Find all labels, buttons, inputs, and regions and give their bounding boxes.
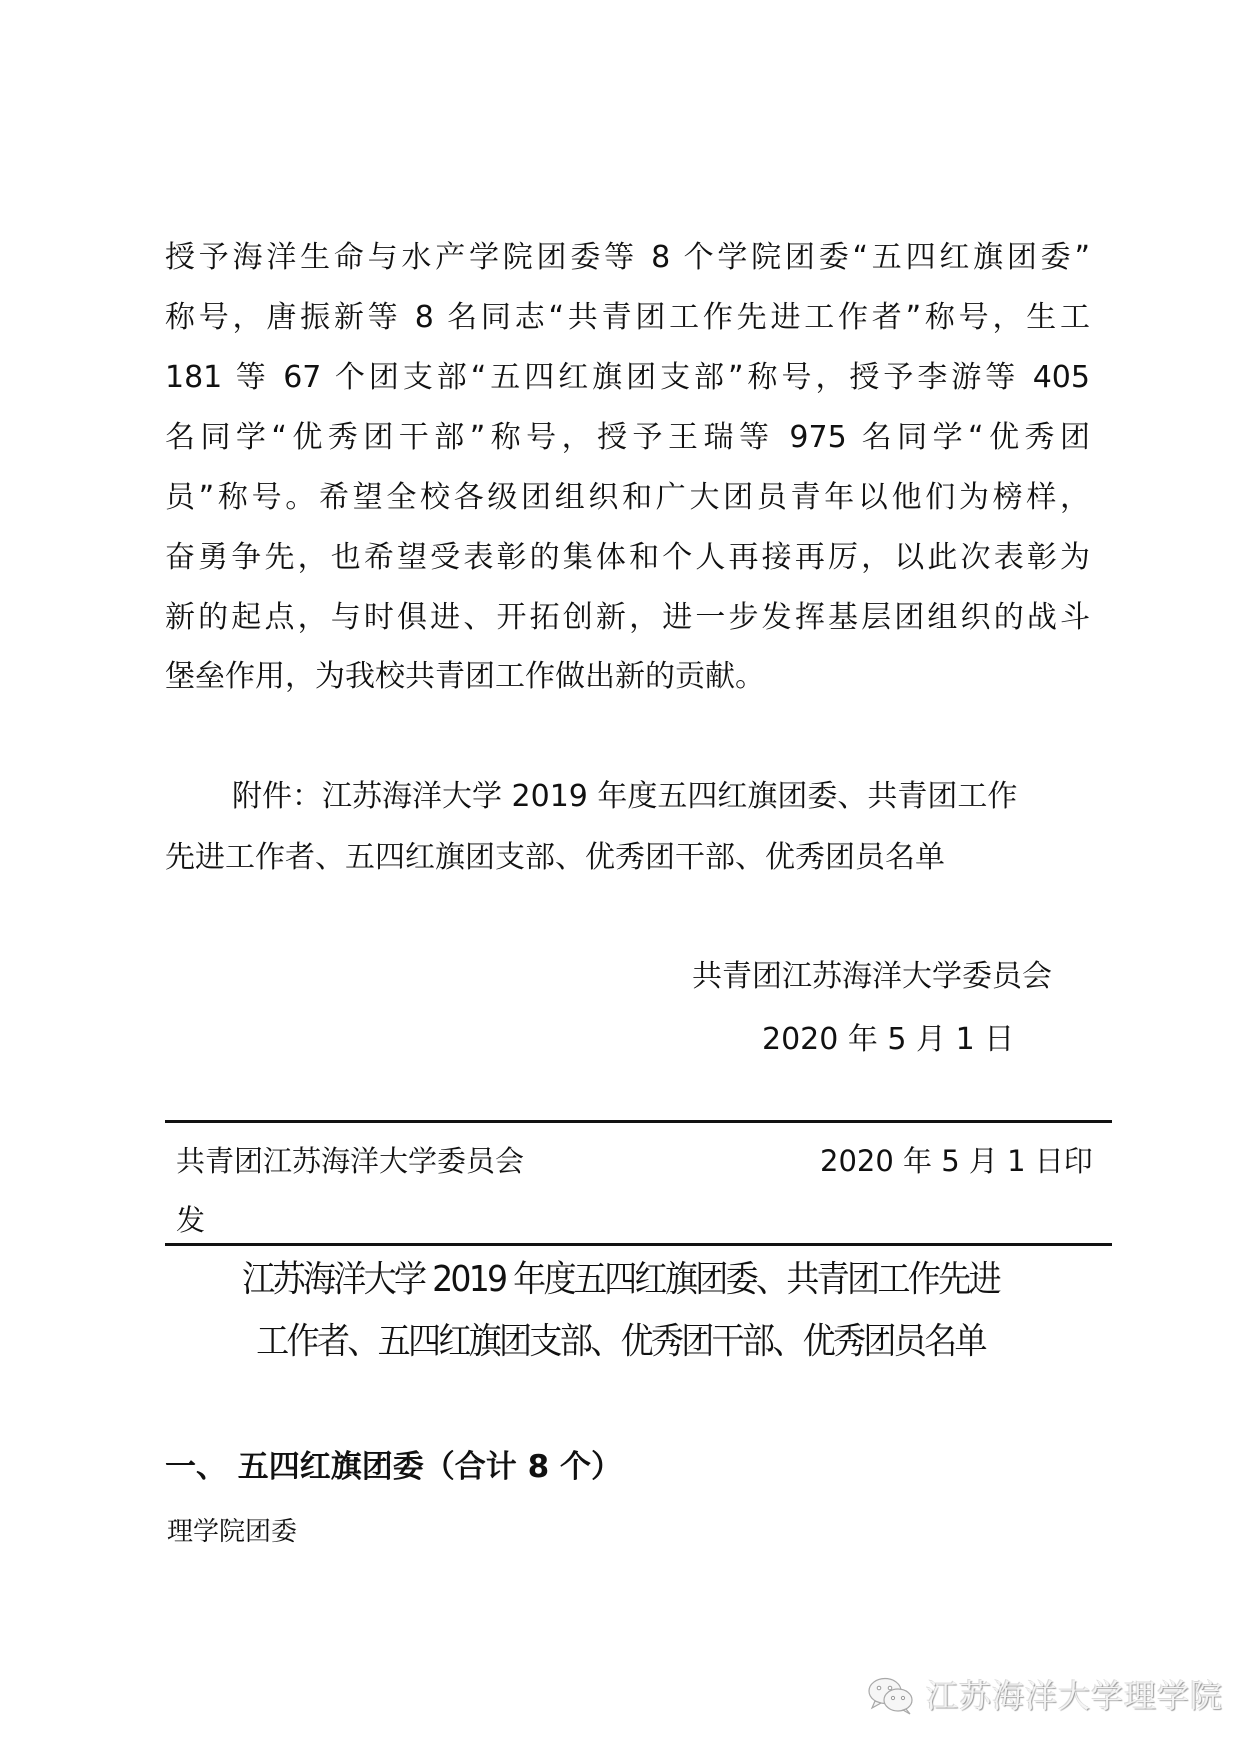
watermark: 江苏海洋大学理学院 [866,1676,1223,1716]
body-line: 堡垒作用，为我校共青团工作做出新的贡献。 [165,657,1090,697]
annex-title-line-1: 江苏海洋大学 2019 年度五四红旗团委、共青团工作先进 [50,1257,1192,1303]
signature-date: 2020 年 5 月 1 日 [762,1020,1014,1060]
wechat-icon [866,1676,916,1716]
body-line: 181 等 67 个团支部“五四红旗团支部”称号，授予李游等 405 [165,358,1090,398]
attachment-line-1: 附件：江苏海洋大学 2019 年度五四红旗团委、共青团工作 [232,777,1017,817]
body-line: 员”称号。希望全校各级团组织和广大团员青年以他们为榜样， [165,478,1090,518]
issue-date: 2020 年 5 月 1 日印 [820,1141,1093,1181]
body-line: 新的起点，与时俱进、开拓创新，进一步发挥基层团组织的战斗 [165,598,1090,638]
top-rule [165,1120,1112,1123]
body-line: 授予海洋生命与水产学院团委等 8 个学院团委“五四红旗团委” [165,238,1090,278]
body-line: 奋勇争先，也希望受表彰的集体和个人再接再厉，以此次表彰为 [165,538,1090,578]
body-line: 称号，唐振新等 8 名同志“共青团工作先进工作者”称号，生工 [165,298,1090,338]
section-heading: 一、 五四红旗团委（合计 8 个） [165,1446,622,1488]
list-item: 理学院团委 [167,1515,297,1549]
document-page: 授予海洋生命与水产学院团委等 8 个学院团委“五四红旗团委” 称号，唐振新等 8… [0,0,1241,1754]
bottom-rule [165,1243,1112,1246]
watermark-text: 江苏海洋大学理学院 [926,1676,1223,1716]
annex-title-line-2: 工作者、五四红旗团支部、优秀团干部、优秀团员名单 [50,1319,1192,1365]
signature-organization: 共青团江苏海洋大学委员会 [692,957,1052,997]
issuer-name: 共青团江苏海洋大学委员会 [176,1141,524,1181]
body-line: 名同学“优秀团干部”称号，授予王瑞等 975 名同学“优秀团 [165,418,1090,458]
attachment-line-2: 先进工作者、五四红旗团支部、优秀团干部、优秀团员名单 [165,838,945,878]
issuer-name-wrap: 发 [176,1200,205,1240]
